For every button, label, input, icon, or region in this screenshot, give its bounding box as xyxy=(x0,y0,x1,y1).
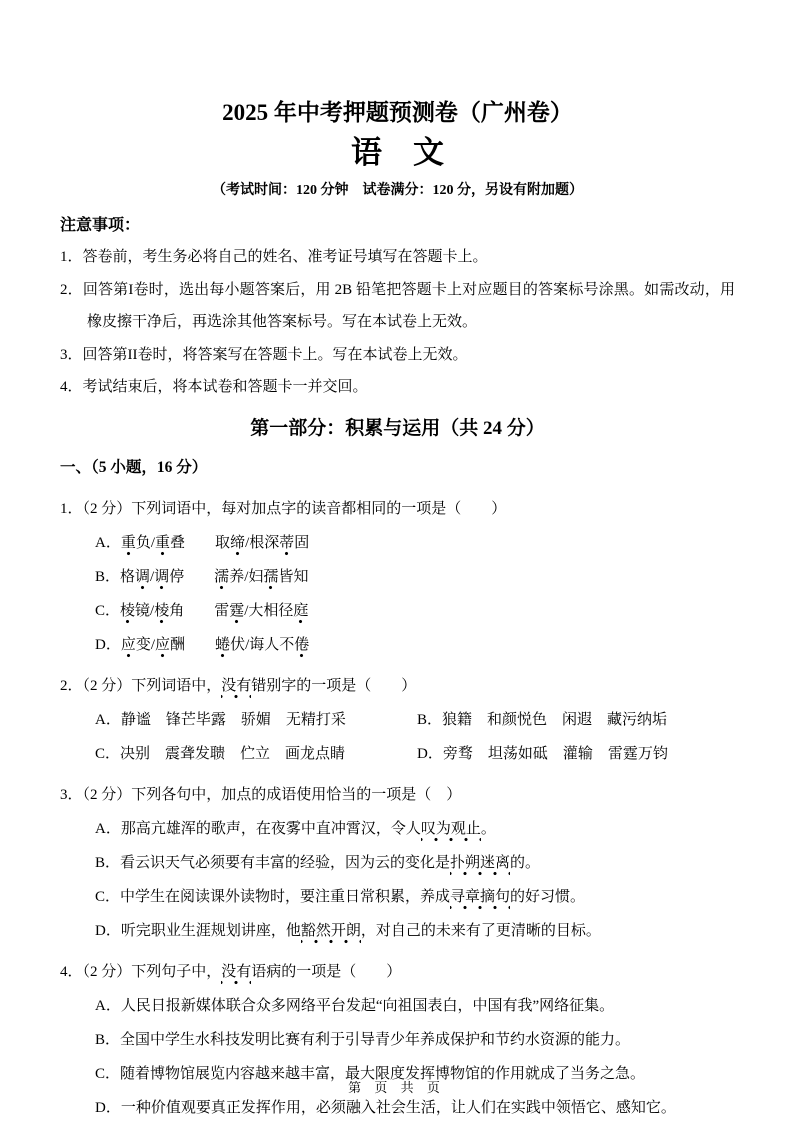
subject-title: 语 文 xyxy=(60,130,735,176)
notice-item: 4．考试结束后，将本试卷和答题卡一并交回。 xyxy=(60,371,735,404)
answer-option: A．静谧 锋芒毕露 骄媚 无精打采 xyxy=(95,705,417,735)
emphasis-dotted-text: 调 xyxy=(135,569,150,590)
emphasis-dotted-text: 豁然开朗 xyxy=(301,923,361,944)
answer-option: D．旁骛 坦荡如砥 灌输 雷霆万钧 xyxy=(417,739,668,769)
emphasis-dotted-text: 蒂 xyxy=(279,535,294,556)
exam-title: 2025 年中考押题预测卷（广州卷） xyxy=(60,0,735,128)
page-content: 2025 年中考押题预测卷（广州卷） 语 文 （考试时间：120 分钟 试卷满分… xyxy=(0,0,793,1122)
emphasis-dotted-text: 庭 xyxy=(293,603,308,624)
question-4: 4．（2 分）下列句子中，没有语病的一项是（ ）A．人民日报新媒体联合众多网络平… xyxy=(60,957,735,1122)
emphasis-dotted-text: 应 xyxy=(121,637,136,658)
emphasis-dotted-text: 没有 xyxy=(221,964,251,985)
answer-option: B．格调/调停 濡养/妇孺皆知 xyxy=(60,562,735,592)
question-2: 2．（2 分）下列词语中，没有错别字的一项是（ ）A．静谧 锋芒毕露 骄媚 无精… xyxy=(60,671,735,769)
question-stem: 2．（2 分）下列词语中，没有错别字的一项是（ ） xyxy=(60,671,735,701)
notice-list: 1．答卷前，考生务必将自己的姓名、准考证号填写在答题卡上。2．回答第I卷时，选出… xyxy=(60,241,735,404)
emphasis-dotted-text: 扑朔迷离 xyxy=(450,855,510,876)
emphasis-dotted-text: 蜷 xyxy=(215,637,230,658)
emphasis-dotted-text: 没有 xyxy=(221,678,251,699)
emphasis-dotted-text: 重 xyxy=(155,535,170,556)
emphasis-dotted-text: 调 xyxy=(154,569,169,590)
question-stem: 3．（2 分）下列各句中，加点的成语使用恰当的一项是（ ） xyxy=(60,780,735,810)
notice-item: 2．回答第I卷时，选出每小题答案后，用 2B 铅笔把答题卡上对应题目的答案标号涂… xyxy=(60,274,735,339)
emphasis-dotted-text: 应 xyxy=(155,637,170,658)
answer-option: C．中学生在阅读课外读物时，要注重日常积累，养成寻章摘句的好习惯。 xyxy=(60,882,735,912)
emphasis-dotted-text: 霆 xyxy=(229,603,244,624)
exam-info-line: （考试时间：120 分钟 试卷满分：120 分，另设有附加题） xyxy=(60,179,735,203)
notice-item: 3．回答第II卷时，将答案写在答题卡上。写在本试卷上无效。 xyxy=(60,339,735,372)
answer-option: A．那高亢雄浑的歌声，在夜雾中直冲霄汉，令人叹为观止。 xyxy=(60,814,735,844)
question-3: 3．（2 分）下列各句中，加点的成语使用恰当的一项是（ ）A．那高亢雄浑的歌声，… xyxy=(60,780,735,946)
notice-heading: 注意事项： xyxy=(60,211,735,241)
emphasis-dotted-text: 棱 xyxy=(120,603,135,624)
emphasis-dotted-text: 濡 xyxy=(214,569,229,590)
answer-option: D．听完职业生涯规划讲座，他豁然开朗，对自己的未来有了更清晰的目标。 xyxy=(60,916,735,946)
exam-paper-page: { "colors": {"text": "#000000", "backgro… xyxy=(0,0,793,1122)
emphasis-dotted-text: 寻章摘句 xyxy=(450,889,510,910)
answer-option: D．一种价值观要真正发挥作用，必须融入社会生活，让人们在实践中领悟它、感知它。 xyxy=(60,1093,735,1122)
option-row: C．决别 震聋发聩 伫立 画龙点睛D．旁骛 坦荡如砥 灌输 雷霆万钧 xyxy=(60,739,735,769)
group-header: 一、（5 小题，16 分） xyxy=(60,453,735,483)
question-stem: 4．（2 分）下列句子中，没有语病的一项是（ ） xyxy=(60,957,735,987)
question-stem: 1．（2 分）下列词语中，每对加点字的读音都相同的一项是（ ） xyxy=(60,494,735,524)
emphasis-dotted-text: 叹为观止 xyxy=(421,821,481,842)
emphasis-dotted-text: 重 xyxy=(121,535,136,556)
page-footer: 第 页 共 页 xyxy=(0,1077,793,1096)
emphasis-dotted-text: 孺 xyxy=(263,569,278,590)
emphasis-dotted-text: 倦 xyxy=(294,637,309,658)
notice-item: 1．答卷前，考生务必将自己的姓名、准考证号填写在答题卡上。 xyxy=(60,241,735,274)
answer-option: B．狼籍 和颜悦色 闲遐 藏污纳垢 xyxy=(417,705,667,735)
option-row: A．静谧 锋芒毕露 骄媚 无精打采B．狼籍 和颜悦色 闲遐 藏污纳垢 xyxy=(60,705,735,735)
answer-option: B．全国中学生水科技发明比赛有利于引导青少年养成保护和节约水资源的能力。 xyxy=(60,1025,735,1055)
answer-option: A．重负/重叠 取缔/根深蒂固 xyxy=(60,528,735,558)
question-list: 1．（2 分）下列词语中，每对加点字的读音都相同的一项是（ ）A．重负/重叠 取… xyxy=(60,494,735,1122)
emphasis-dotted-text: 缔 xyxy=(230,535,245,556)
answer-option: A．人民日报新媒体联合众多网络平台发起“向祖国表白，中国有我”网络征集。 xyxy=(60,991,735,1021)
answer-option: C．决别 震聋发聩 伫立 画龙点睛 xyxy=(95,739,417,769)
section-header: 第一部分：积累与运用（共 24 分） xyxy=(60,412,735,446)
question-1: 1．（2 分）下列词语中，每对加点字的读音都相同的一项是（ ）A．重负/重叠 取… xyxy=(60,494,735,660)
emphasis-dotted-text: 棱 xyxy=(154,603,169,624)
answer-option: C．棱镜/棱角 雷霆/大相径庭 xyxy=(60,596,735,626)
answer-option: B．看云识天气必须要有丰富的经验，因为云的变化是扑朔迷离的。 xyxy=(60,848,735,878)
answer-option: D．应变/应酬 蜷伏/诲人不倦 xyxy=(60,630,735,660)
